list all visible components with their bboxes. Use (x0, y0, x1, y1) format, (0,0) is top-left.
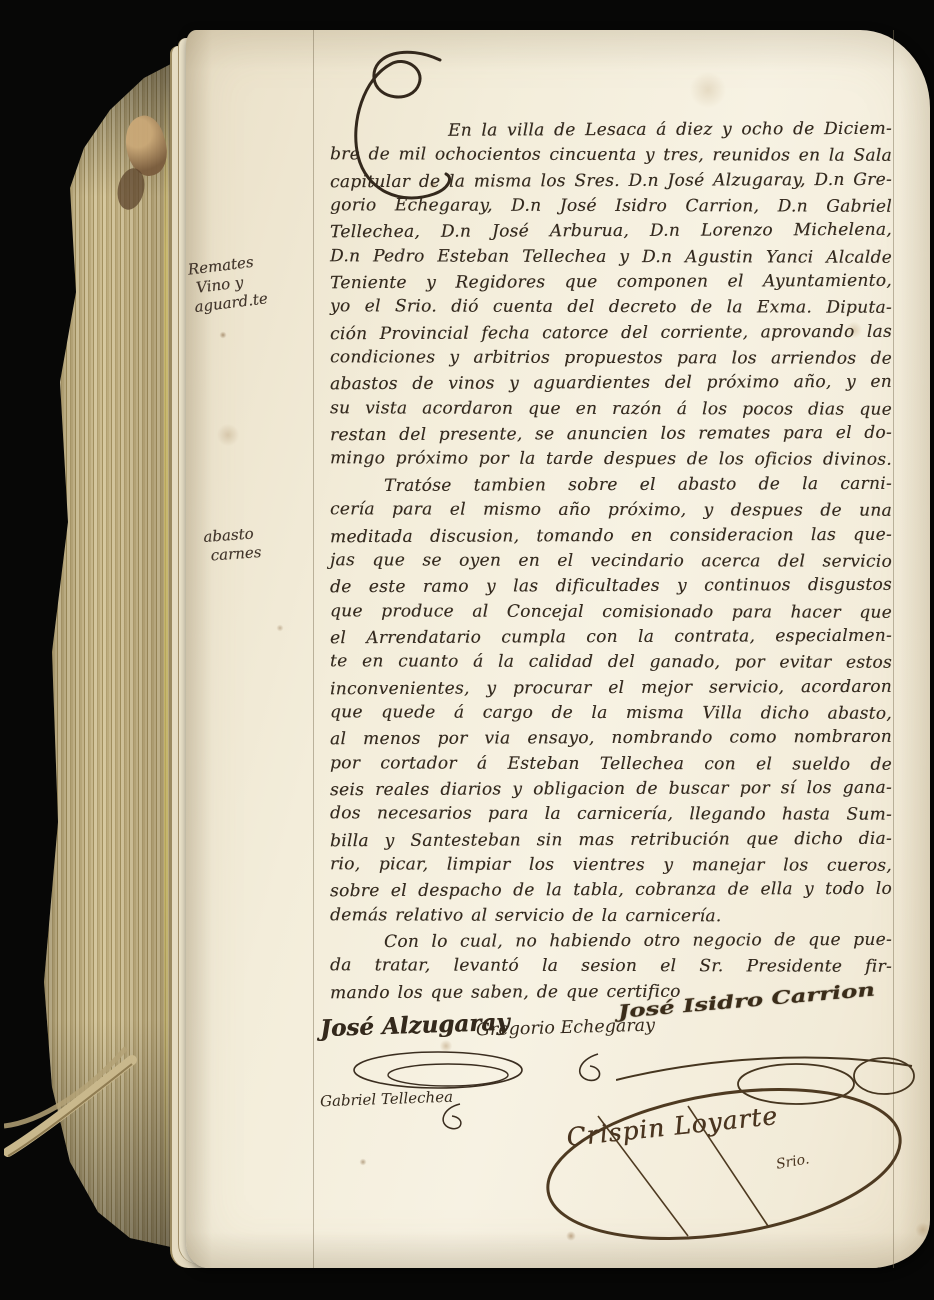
margin-note-line: carnes (204, 543, 262, 566)
text-line: Tratóse tambien sobre el abasto de la ca… (330, 472, 892, 500)
text-line: jas que se oyen en el vecindario acerca … (330, 548, 892, 575)
manuscript-text-block: En la villa de Lesaca á diez y ocho de D… (330, 118, 892, 1005)
text-line: abastos de vinos y aguardientes del próx… (330, 370, 892, 398)
text-line: Con lo cual, no habiendo otro negocio de… (330, 928, 892, 956)
text-line: rio, picar, limpiar los vientres y manej… (330, 852, 892, 879)
text-line: sobre el despacho de la tabla, cobranza … (330, 877, 892, 905)
text-line: billa y Santesteban sin mas retribución … (330, 826, 892, 854)
text-line: te en cuanto á la calidad del ganado, po… (330, 649, 892, 676)
text-line: restan del presente, se anuncien los rem… (330, 421, 892, 449)
text-line: yo el Srio. dió cuenta del decreto de la… (330, 295, 892, 322)
text-line: capitular de la misma los Sres. D.n José… (330, 167, 892, 195)
text-line: meditada discusion, tomando en considera… (330, 522, 892, 550)
scanned-book-photo: Remates Vino y aguard.te abasto carnes E… (0, 0, 934, 1300)
text-line: mingo próximo por la tarde despues de lo… (330, 447, 892, 474)
manuscript-page: Remates Vino y aguard.te abasto carnes E… (186, 30, 930, 1268)
left-margin-rule-line (313, 30, 314, 1268)
fore-edge-yellow-streak (164, 82, 168, 1232)
text-line: dos necesarios para la carnicería, llega… (330, 802, 892, 829)
text-line: por cortador á Esteban Tellechea con el … (330, 751, 892, 778)
text-line: su vista acordaron que en razón á los po… (330, 396, 892, 423)
binding-cord (4, 1030, 138, 1160)
text-line: gorio Echegaray, D.n José Isidro Carrion… (330, 193, 892, 220)
margin-note-abasto: abasto carnes (203, 524, 262, 566)
text-line: de este ramo y las dificultades y contin… (330, 573, 892, 601)
signature-flourish-tellechea (434, 1102, 474, 1136)
text-line: al menos por via ensayo, nombrando como … (330, 725, 892, 753)
text-line: D.n Pedro Esteban Tellechea y D.n Agusti… (330, 244, 892, 271)
text-line: que quede á cargo de la misma Villa dich… (330, 700, 892, 727)
text-line: seis reales diarios y obligacion de busc… (330, 776, 892, 804)
text-line: ción Provincial fecha catorce del corrie… (330, 320, 892, 348)
text-line: En la villa de Lesaca á diez y ocho de D… (330, 117, 892, 145)
text-line: condiciones y arbitrios propuestos para … (330, 345, 892, 372)
text-line: Teniente y Regidores que componen el Ayu… (330, 269, 892, 297)
text-line: cería para el mismo año próximo, y despu… (330, 497, 892, 524)
text-line: el Arrendatario cumpla con la contrata, … (330, 624, 892, 652)
text-line: Tellechea, D.n José Arburua, D.n Lorenzo… (330, 218, 892, 246)
text-line: da tratar, levantó la sesion el Sr. Pres… (330, 954, 892, 981)
text-line: bre de mil ochocientos cincuenta y tres,… (330, 143, 892, 170)
secretary-oval-flourish (538, 1076, 918, 1256)
margin-note-remates: Remates Vino y aguard.te (187, 252, 269, 318)
text-line: que produce al Concejal comisionado para… (330, 599, 892, 626)
text-line: demás relativo al servicio de la carnice… (330, 903, 892, 930)
text-line: inconvenientes, y procurar el mejor serv… (330, 674, 892, 702)
